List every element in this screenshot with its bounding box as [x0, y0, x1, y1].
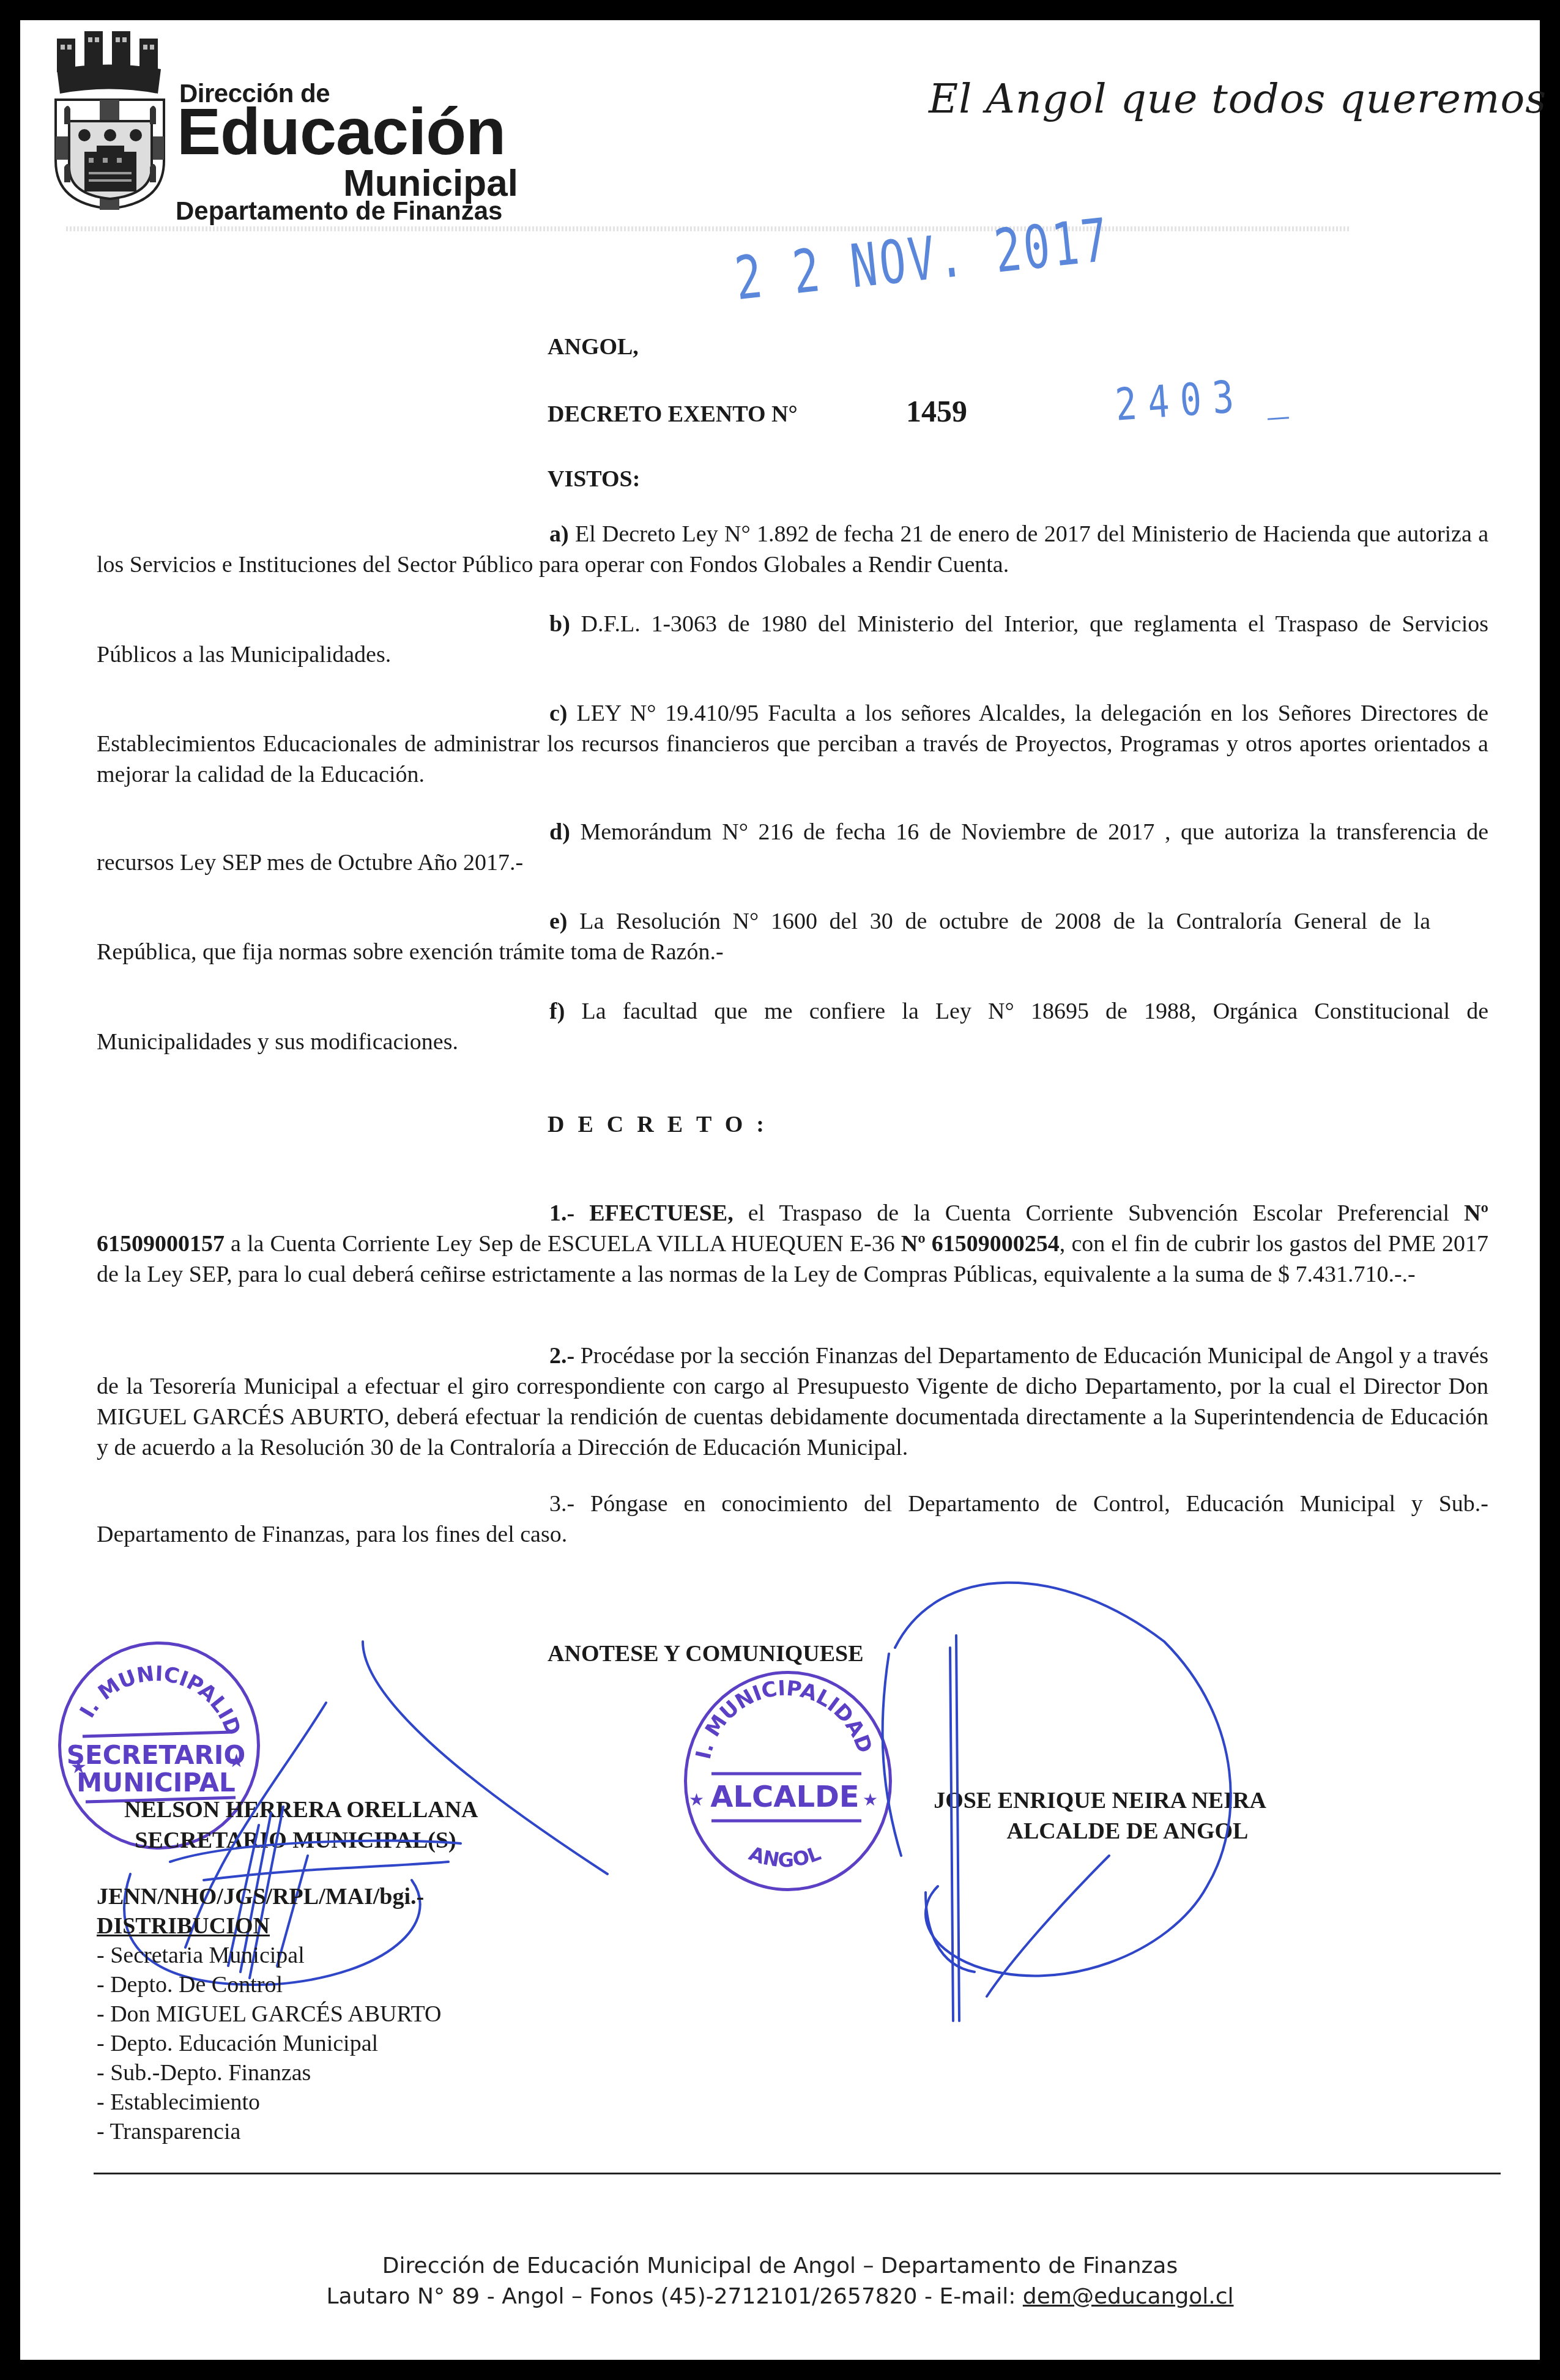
- distribution-title: DISTRIBUCION: [97, 1911, 442, 1941]
- document-page: Dirección de Educación Municipal Departa…: [20, 20, 1540, 2360]
- decree-label: DECRETO EXENTO N°: [548, 401, 798, 428]
- mayor-seal-center: ALCALDE: [710, 1780, 859, 1814]
- visto-a: a) El Decreto Ley N° 1.892 de fecha 21 d…: [97, 519, 1488, 580]
- svg-text:★: ★: [689, 1791, 704, 1810]
- secretary-title: SECRETARIO MUNICIPAL(S): [124, 1825, 467, 1856]
- closing-formula: ANOTESE Y COMUNIQUESE: [548, 1640, 864, 1667]
- mayor-name: JOSE ENRIQUE NEIRA NEIRA: [907, 1785, 1293, 1816]
- article-2: 2.- Procédase por la sección Finanzas de…: [97, 1341, 1488, 1463]
- decree-number: 1459: [906, 393, 967, 429]
- distribution-item: - Don MIGUEL GARCÉS ABURTO: [97, 1999, 442, 2029]
- distribution-item: - Secretaria Municipal: [97, 1941, 442, 1970]
- distribution-item: - Depto. Educación Municipal: [97, 2029, 442, 2058]
- footer-line-1: Dirección de Educación Municipal de Ango…: [20, 2253, 1540, 2278]
- visto-c: c) LEY N° 19.410/95 Faculta a los señore…: [97, 698, 1488, 790]
- footer-line-2: Lautaro N° 89 - Angol – Fonos (45)-27121…: [20, 2284, 1540, 2309]
- article-1: 1.- EFECTUESE, el Traspaso de la Cuenta …: [97, 1198, 1488, 1290]
- brand-line-2: Educación: [177, 99, 505, 165]
- header-divider: [66, 226, 1351, 231]
- svg-text:★: ★: [863, 1791, 878, 1810]
- svg-text:ANGOL: ANGOL: [746, 1842, 823, 1872]
- article-3: 3.- Póngase en conocimiento del Departam…: [97, 1489, 1488, 1550]
- city-label: ANGOL,: [548, 333, 639, 360]
- vistos-label: VISTOS:: [548, 466, 640, 493]
- distribution-block: JENN/NHO/JGS/RPL/MAI/bgi.- DISTRIBUCION …: [97, 1882, 442, 2146]
- mayor-title: ALCALDE DE ANGOL: [907, 1816, 1293, 1846]
- secretary-seal-center-1: SECRETARIO: [67, 1740, 245, 1770]
- svg-text:★: ★: [70, 1757, 87, 1777]
- visto-f: f) La facultad que me confiere la Ley N°…: [97, 996, 1488, 1057]
- visto-b: b) D.F.L. 1-3063 de 1980 del Ministerio …: [97, 609, 1488, 670]
- brand-line-4: Departamento de Finanzas: [176, 198, 502, 224]
- visto-e: e) La Resolución N° 1600 del 30 de octub…: [97, 906, 1488, 967]
- mayor-seal: I. MUNICIPALIDAD ALCALDE ★ ★ ANGOL: [684, 1671, 892, 1891]
- footer-divider: [94, 2173, 1501, 2174]
- footer-email-link[interactable]: dem@educangol.cl: [1023, 2284, 1234, 2309]
- visto-d: d) Memorándum N° 216 de fecha 16 de Novi…: [97, 817, 1488, 878]
- secretary-seal-center-2: MUNICIPAL: [76, 1768, 235, 1798]
- mayor-seal-top: I. MUNICIPALIDAD: [691, 1676, 877, 1761]
- registry-number-stamp: 2403 _: [1113, 367, 1289, 431]
- mayor-signature-block: JOSE ENRIQUE NEIRA NEIRA ALCALDE DE ANGO…: [907, 1785, 1293, 1846]
- secretary-name: NELSON HERRERA ORELLANA: [124, 1794, 467, 1825]
- reference-initials: JENN/NHO/JGS/RPL/MAI/bgi.-: [97, 1882, 442, 1911]
- distribution-item: - Transparencia: [97, 2117, 442, 2146]
- slogan: El Angol que todos queremos: [929, 75, 1547, 122]
- mayor-seal-bottom: ANGOL: [746, 1842, 823, 1872]
- distribution-item: - Depto. De Control: [97, 1970, 442, 1999]
- secretary-seal-top: I. MUNICIPALIDAD: [58, 1642, 245, 1739]
- registry-number: 2403: [1113, 370, 1246, 431]
- svg-text:I. MUNICIPALIDAD: I. MUNICIPALIDAD: [58, 1642, 245, 1739]
- distribution-item: - Sub.-Depto. Finanzas: [97, 2058, 442, 2088]
- decreto-heading: DECRETO:: [548, 1111, 778, 1138]
- svg-text:I. MUNICIPALIDAD: I. MUNICIPALIDAD: [691, 1676, 877, 1761]
- date-stamp: 2 2 NOV. 2017: [732, 205, 1113, 313]
- secretary-signature-block: NELSON HERRERA ORELLANA SECRETARIO MUNIC…: [124, 1794, 467, 1856]
- coat-of-arms-icon: [51, 26, 173, 210]
- distribution-item: - Establecimiento: [97, 2088, 442, 2117]
- svg-text:★: ★: [228, 1751, 245, 1771]
- footer-address: Lautaro N° 89 - Angol – Fonos (45)-27121…: [326, 2284, 1022, 2309]
